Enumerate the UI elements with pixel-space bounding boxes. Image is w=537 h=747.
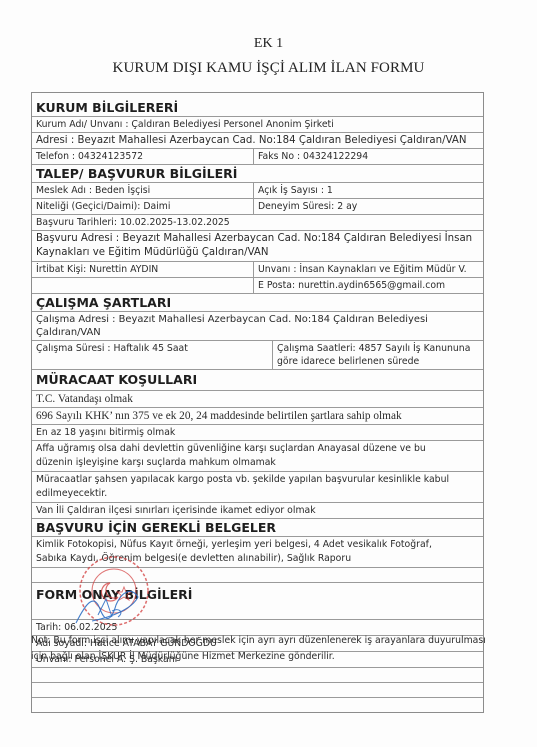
kurum-name-row: Kurum Adı/ Unvanı : Çaldıran Belediyesi …: [32, 117, 483, 133]
section-kurum: KURUM BİLGİLERERİ: [32, 99, 483, 117]
section-calisma: ÇALIŞMA ŞARTLARI: [32, 294, 483, 312]
calisma-address-row: Çalışma Adresi : Beyazıt Mahallesi Azerb…: [32, 312, 483, 341]
section-heading: FORM ONAY BİLGİLERİ: [32, 583, 196, 619]
talep-dates-row: Başvuru Tarihleri: 10.02.2025-13.02.2025: [32, 215, 483, 231]
experience: Deneyim Süresi: 2 ay: [253, 199, 483, 214]
talep-row-1: Meslek Adı : Beden İşçisi Açık İş Sayısı…: [32, 183, 483, 199]
phone: Telefon : 04324123572: [32, 149, 253, 164]
application-address: Başvuru Adresi : Beyazıt Mahallesi Azerb…: [32, 231, 483, 261]
condition-item: T.C. Vatandaşı olmak: [32, 391, 483, 407]
section-heading: KURUM BİLGİLERERİ: [32, 99, 182, 116]
condition-item: 696 Sayılı KHK’ nın 375 ve ek 20, 24 mad…: [32, 408, 483, 424]
talep-contact-row: İrtibat Kişi: Nurettin AYDIN Unvanı : İn…: [32, 262, 483, 278]
condition-row: En az 18 yaşını bitirmiş olmak: [32, 425, 483, 441]
condition-item: Müracaatlar şahsen yapılacak kargo posta…: [32, 472, 483, 502]
employment-nature: Niteliği (Geçici/Daimi): Daimi: [32, 199, 253, 214]
contact-person: İrtibat Kişi: Nurettin AYDIN: [32, 262, 253, 277]
condition-row: 696 Sayılı KHK’ nın 375 ve ek 20, 24 mad…: [32, 408, 483, 425]
work-duration: Çalışma Süresi : Haftalık 45 Saat: [32, 341, 272, 369]
section-heading: MÜRACAAT KOŞULLARI: [32, 370, 201, 390]
required-documents: Kimlik Fotokopisi, Nüfus Kayıt örneği, y…: [32, 537, 483, 567]
hiring-form: KURUM BİLGİLERERİ Kurum Adı/ Unvanı : Ça…: [31, 92, 484, 713]
condition-item: En az 18 yaşını bitirmiş olmak: [32, 425, 483, 440]
section-onay: FORM ONAY BİLGİLERİ: [32, 583, 483, 620]
fax: Faks No : 04324122294: [253, 149, 483, 164]
contact-title: Unvanı : İnsan Kaynakları ve Eğitim Müdü…: [253, 262, 483, 277]
condition-row: Müracaatlar şahsen yapılacak kargo posta…: [32, 472, 483, 503]
form-title: KURUM DIŞI KAMU İŞÇİ ALIM İLAN FORMU: [0, 60, 537, 77]
empty-row: [32, 568, 483, 583]
open-positions: Açık İş Sayısı : 1: [253, 183, 483, 198]
condition-item: Affa uğramış olsa dahi devlettin güvenli…: [32, 441, 483, 471]
section-heading: TALEP/ BAŞVURUR BİLGİLERİ: [32, 165, 241, 182]
section-heading: ÇALIŞMA ŞARTLARI: [32, 294, 175, 311]
annex-label: EK 1: [0, 36, 537, 52]
talep-row-2: Niteliği (Geçici/Daimi): Daimi Deneyim S…: [32, 199, 483, 215]
condition-row: Van İli Çaldıran ilçesi sınırları içeris…: [32, 503, 483, 519]
institution-name: Kurum Adı/ Unvanı : Çaldıran Belediyesi …: [32, 117, 483, 132]
work-address: Çalışma Adresi : Beyazıt Mahallesi Azerb…: [32, 312, 483, 340]
kurum-address-row: Adresi : Beyazıt Mahallesi Azerbaycan Ca…: [32, 133, 483, 149]
work-hours: Çalışma Saatleri: 4857 Sayılı İş Kanunun…: [272, 341, 483, 369]
section-belgeler: BAŞVURU İÇİN GEREKLİ BELGELER: [32, 519, 483, 537]
condition-item: Van İli Çaldıran ilçesi sınırları içeris…: [32, 503, 483, 518]
talep-address-row: Başvuru Adresi : Beyazıt Mahallesi Azerb…: [32, 231, 483, 262]
section-talep: TALEP/ BAŞVURUR BİLGİLERİ: [32, 165, 483, 183]
empty-row: [32, 683, 483, 698]
application-dates: Başvuru Tarihleri: 10.02.2025-13.02.2025: [32, 215, 483, 230]
kurum-contact-row: Telefon : 04324123572 Faks No : 04324122…: [32, 149, 483, 165]
contact-email[interactable]: E Posta: nurettin.aydin6565@gmail.com: [253, 278, 483, 293]
empty-row: [32, 668, 483, 683]
footer-note: Not: Bu form işçi alımı yapılacak her me…: [31, 633, 501, 665]
empty-cell: [32, 278, 253, 293]
talep-email-row: E Posta: nurettin.aydin6565@gmail.com: [32, 278, 483, 294]
section-heading: BAŞVURU İÇİN GEREKLİ BELGELER: [32, 519, 280, 536]
calisma-hours-row: Çalışma Süresi : Haftalık 45 Saat Çalışm…: [32, 341, 483, 370]
documents-row: Kimlik Fotokopisi, Nüfus Kayıt örneği, y…: [32, 537, 483, 568]
condition-row: T.C. Vatandaşı olmak: [32, 391, 483, 408]
section-muracaat: MÜRACAAT KOŞULLARI: [32, 370, 483, 391]
profession: Meslek Adı : Beden İşçisi: [32, 183, 253, 198]
institution-address: Adresi : Beyazıt Mahallesi Azerbaycan Ca…: [32, 133, 483, 148]
signature-row: [32, 698, 483, 712]
condition-row: Affa uğramış olsa dahi devlettin güvenli…: [32, 441, 483, 472]
